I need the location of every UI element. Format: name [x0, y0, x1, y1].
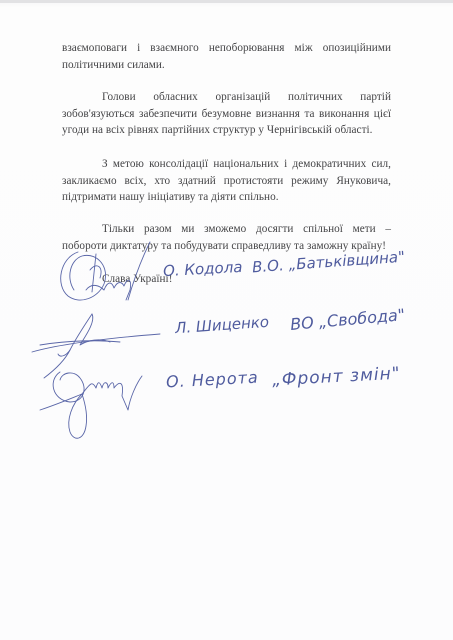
- signature-1-mark: [61, 252, 106, 300]
- scanned-page: взаємоповаги і взаємного непоборювання м…: [0, 0, 453, 640]
- signature-3-mark: [53, 372, 84, 402]
- signatures-block: О. Кодола В.О. „Батьківщина" Л. Шиценко …: [0, 0, 453, 640]
